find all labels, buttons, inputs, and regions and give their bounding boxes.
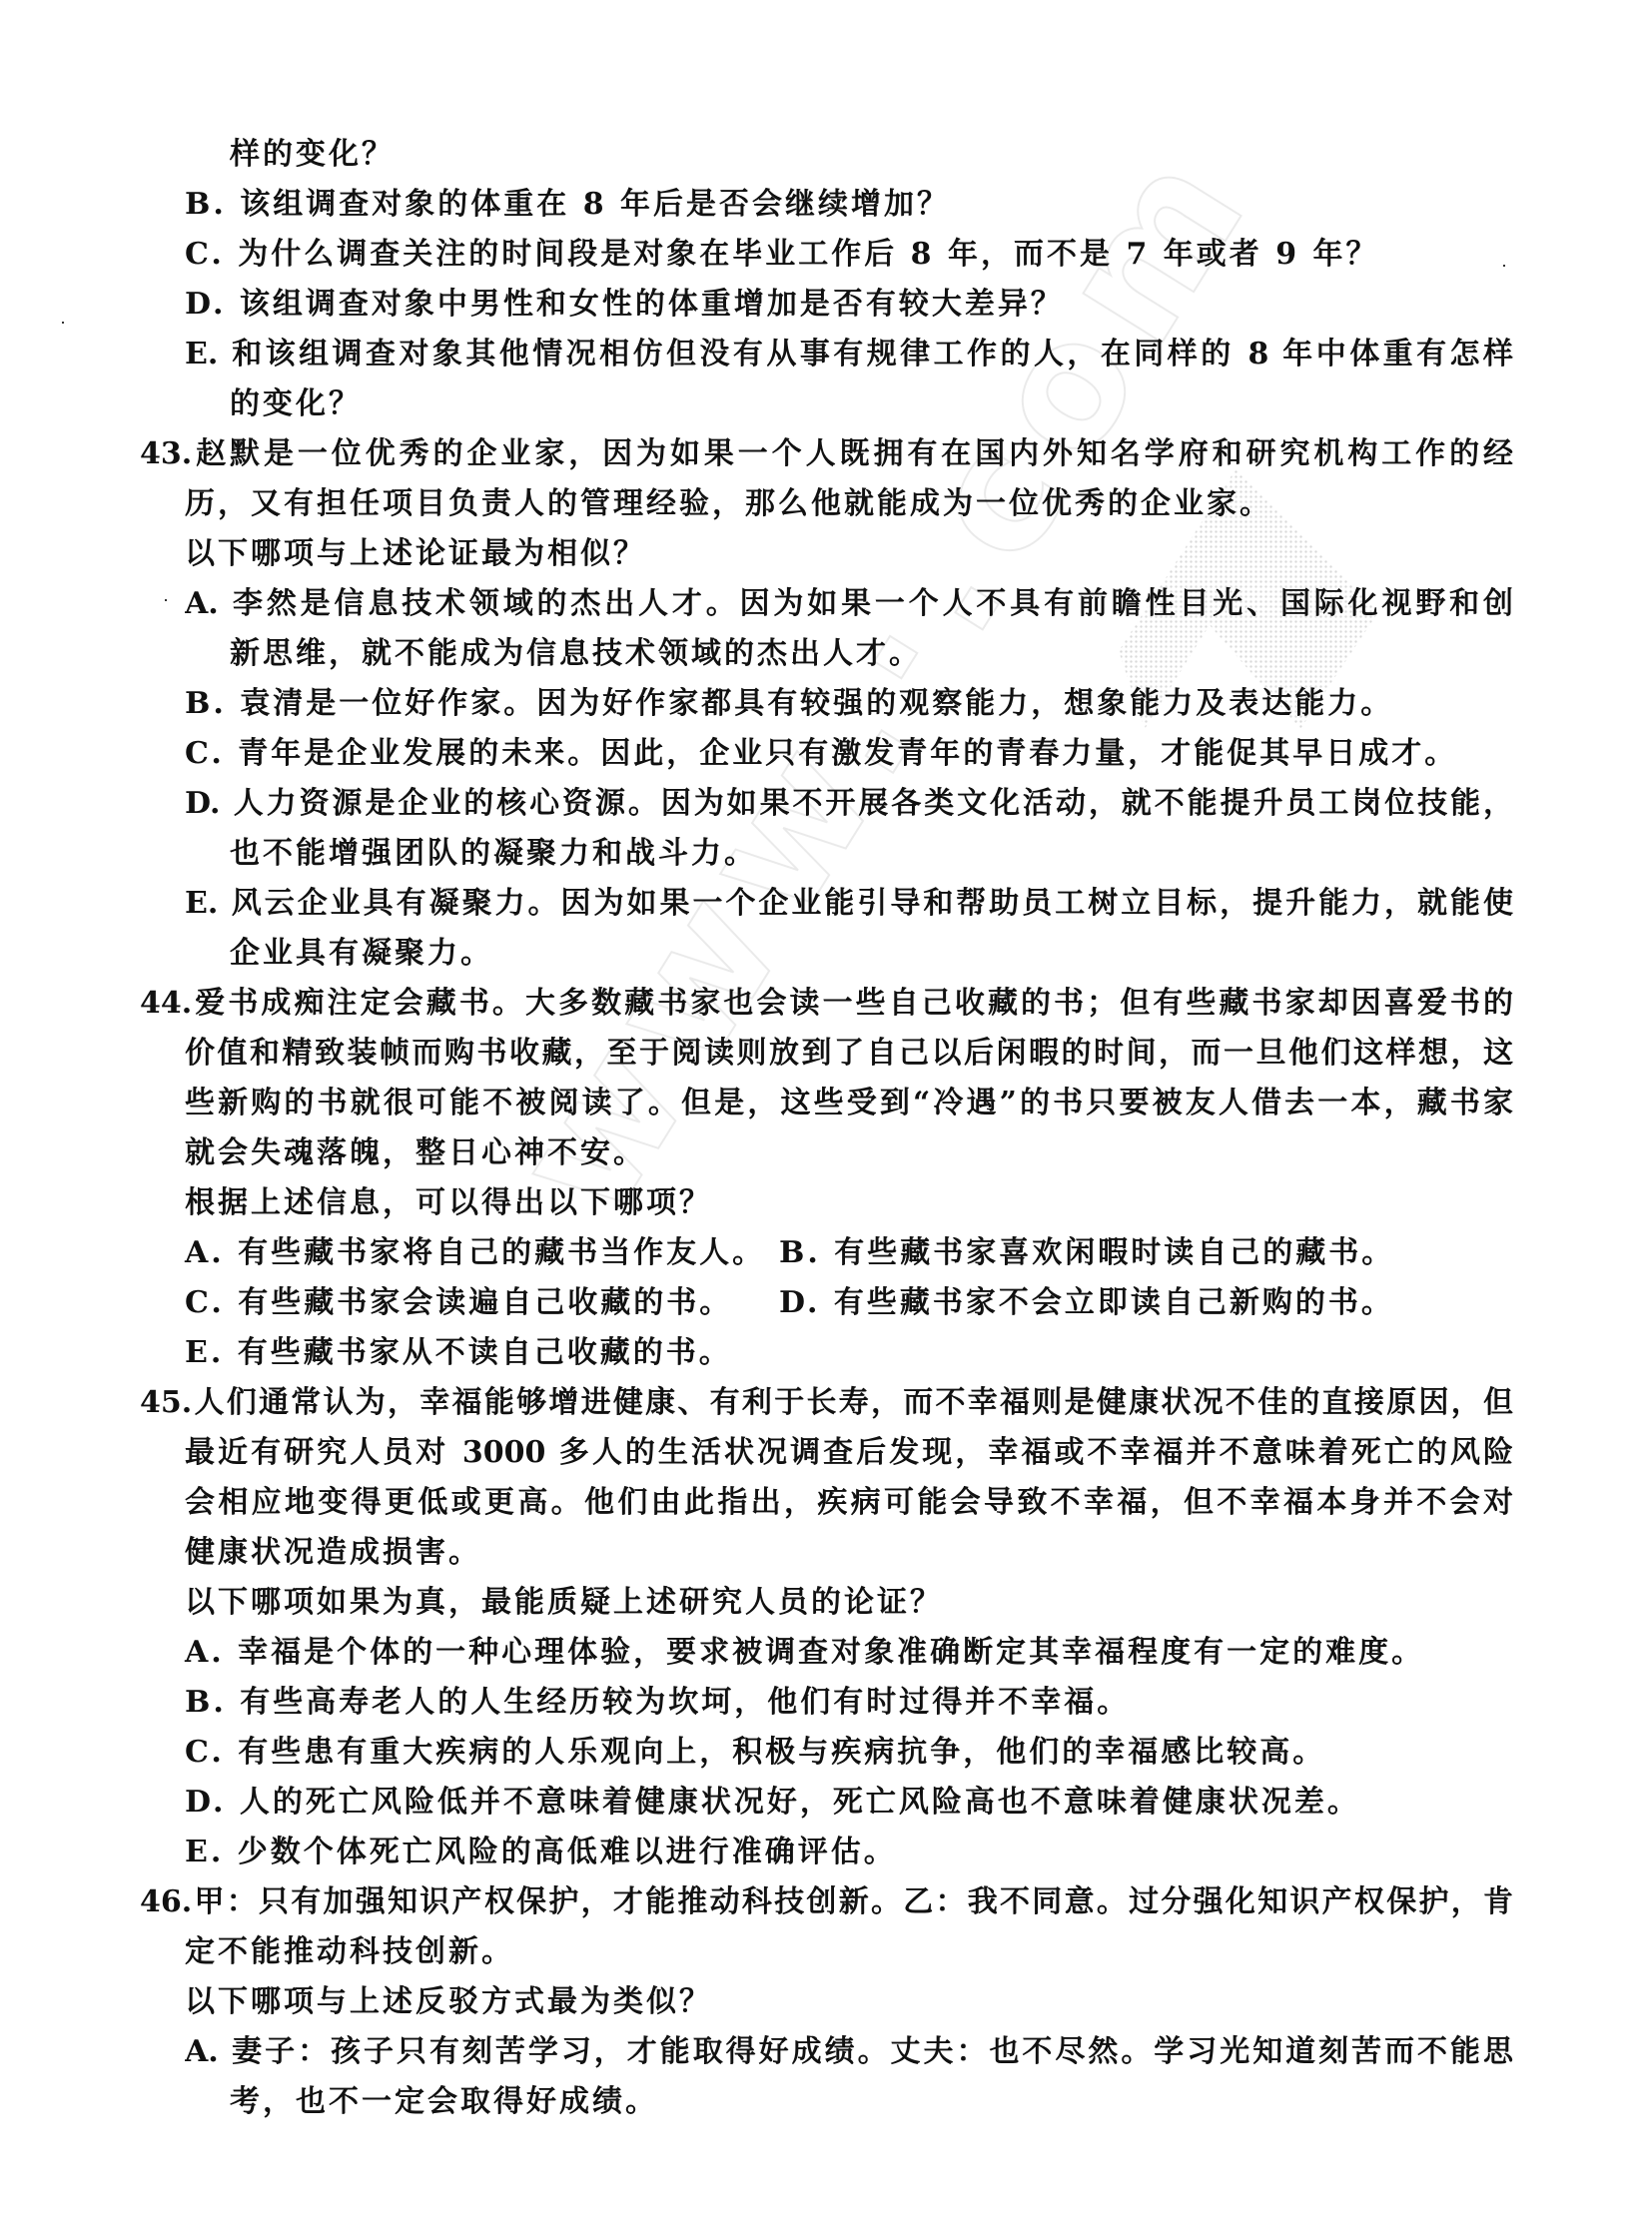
q42-option-d: D. 该组调查对象中男性和女性的体重增加是否有较大差异？ bbox=[185, 280, 1513, 330]
q44-stem-cont-1: 价值和精致装帧而购书收藏，至于阅读则放到了自己以后闲暇的时间，而一旦他们这样想，… bbox=[185, 1029, 1513, 1079]
q44-stem-cont-2: 些新购的书就很可能不被阅读了。但是，这些受到“冷遇”的书只要被友人借去一本，藏书… bbox=[185, 1079, 1513, 1128]
q45-stem-cont-3: 健康状况造成损害。 bbox=[185, 1528, 1513, 1578]
exam-page: www.·.com 样的变化？ B. 该组调查对象的体重在 8 年后是否会继续增… bbox=[0, 0, 1652, 2226]
q44-prompt: 根据上述信息，可以得出以下哪项？ bbox=[185, 1178, 1513, 1228]
q44-stem: 44.爱书成痴注定会藏书。大多数藏书家也会读一些自己收藏的书；但有些藏书家却因喜… bbox=[140, 979, 1513, 1029]
q43-stem-cont: 历，又有担任项目负责人的管理经验，那么他就能成为一位优秀的企业家。 bbox=[185, 479, 1513, 529]
q43-option-e: E. 风云企业具有凝聚力。因为如果一个企业能引导和帮助员工树立目标，提升能力，就… bbox=[185, 879, 1513, 929]
q44-option-b: B. 有些藏书家喜欢闲暇时读自己的藏书。 bbox=[779, 1228, 1394, 1278]
q46-option-a-cont: 考，也不一定会取得好成绩。 bbox=[230, 2077, 1513, 2127]
q46-stem-cont: 定不能推动科技创新。 bbox=[185, 1927, 1513, 1977]
q42-option-b: B. 该组调查对象的体重在 8 年后是否会继续增加？ bbox=[185, 180, 1513, 230]
q45-stem: 45.人们通常认为，幸福能够增进健康、有利于长寿，而不幸福则是健康状况不佳的直接… bbox=[140, 1378, 1513, 1428]
q42-option-e-cont: 的变化？ bbox=[230, 379, 1513, 429]
q46-option-a: A. 妻子：孩子只有刻苦学习，才能取得好成绩。丈夫：也不尽然。学习光知道刻苦而不… bbox=[185, 2027, 1513, 2077]
q43-stem: 43.赵默是一位优秀的企业家，因为如果一个人既拥有在国内外知名学府和研究机构工作… bbox=[140, 429, 1513, 479]
q45-option-d: D. 人的死亡风险低并不意味着健康状况好，死亡风险高也不意味着健康状况差。 bbox=[185, 1778, 1513, 1828]
q43-option-c: C. 青年是企业发展的未来。因此，企业只有激发青年的青春力量，才能促其早日成才。 bbox=[185, 729, 1513, 779]
q44-stem-cont-3: 就会失魂落魄，整日心神不安。 bbox=[185, 1128, 1513, 1178]
q46-prompt: 以下哪项与上述反驳方式最为类似？ bbox=[185, 1977, 1513, 2027]
q42-option-a-cont: 样的变化？ bbox=[230, 130, 1513, 180]
q45-option-b: B. 有些高寿老人的人生经历较为坎坷，他们有时过得并不幸福。 bbox=[185, 1678, 1513, 1728]
scan-speck bbox=[62, 322, 64, 324]
q45-option-e: E. 少数个体死亡风险的高低难以进行准确评估。 bbox=[185, 1828, 1513, 1877]
q42-option-e: E. 和该组调查对象其他情况相仿但没有从事有规律工作的人，在同样的 8 年中体重… bbox=[185, 330, 1513, 379]
q45-option-c: C. 有些患有重大疾病的人乐观向上，积极与疾病抗争，他们的幸福感比较高。 bbox=[185, 1728, 1513, 1778]
scan-speck bbox=[165, 599, 167, 601]
q43-option-b: B. 袁清是一位好作家。因为好作家都具有较强的观察能力，想象能力及表达能力。 bbox=[185, 679, 1513, 729]
q43-option-a: A. 李然是信息技术领域的杰出人才。因为如果一个人不具有前瞻性目光、国际化视野和… bbox=[185, 579, 1513, 629]
q43-option-a-cont: 新思维，就不能成为信息技术领域的杰出人才。 bbox=[230, 629, 1513, 679]
q44-option-d: D. 有些藏书家不会立即读自己新购的书。 bbox=[779, 1278, 1394, 1328]
q44-option-e: E. 有些藏书家从不读自己收藏的书。 bbox=[185, 1328, 1513, 1378]
q43-option-d: D. 人力资源是企业的核心资源。因为如果不开展各类文化活动，就不能提升员工岗位技… bbox=[185, 779, 1513, 829]
q46-stem: 46.甲：只有加强知识产权保护，才能推动科技创新。乙：我不同意。过分强化知识产权… bbox=[140, 1877, 1513, 1927]
q45-stem-cont-1: 最近有研究人员对 3000 多人的生活状况调查后发现，幸福或不幸福并不意味着死亡… bbox=[185, 1428, 1513, 1478]
q43-option-e-cont: 企业具有凝聚力。 bbox=[230, 929, 1513, 979]
q45-option-a: A. 幸福是个体的一种心理体验，要求被调查对象准确断定其幸福程度有一定的难度。 bbox=[185, 1628, 1513, 1678]
q43-option-d-cont: 也不能增强团队的凝聚力和战斗力。 bbox=[230, 829, 1513, 879]
scan-speck bbox=[1503, 265, 1505, 267]
q43-prompt: 以下哪项与上述论证最为相似？ bbox=[185, 529, 1513, 579]
q45-stem-cont-2: 会相应地变得更低或更高。他们由此指出，疾病可能会导致不幸福，但不幸福本身并不会对 bbox=[185, 1478, 1513, 1528]
q45-prompt: 以下哪项如果为真，最能质疑上述研究人员的论证？ bbox=[185, 1578, 1513, 1628]
q42-option-c: C. 为什么调查关注的时间段是对象在毕业工作后 8 年，而不是 7 年或者 9 … bbox=[185, 230, 1513, 280]
